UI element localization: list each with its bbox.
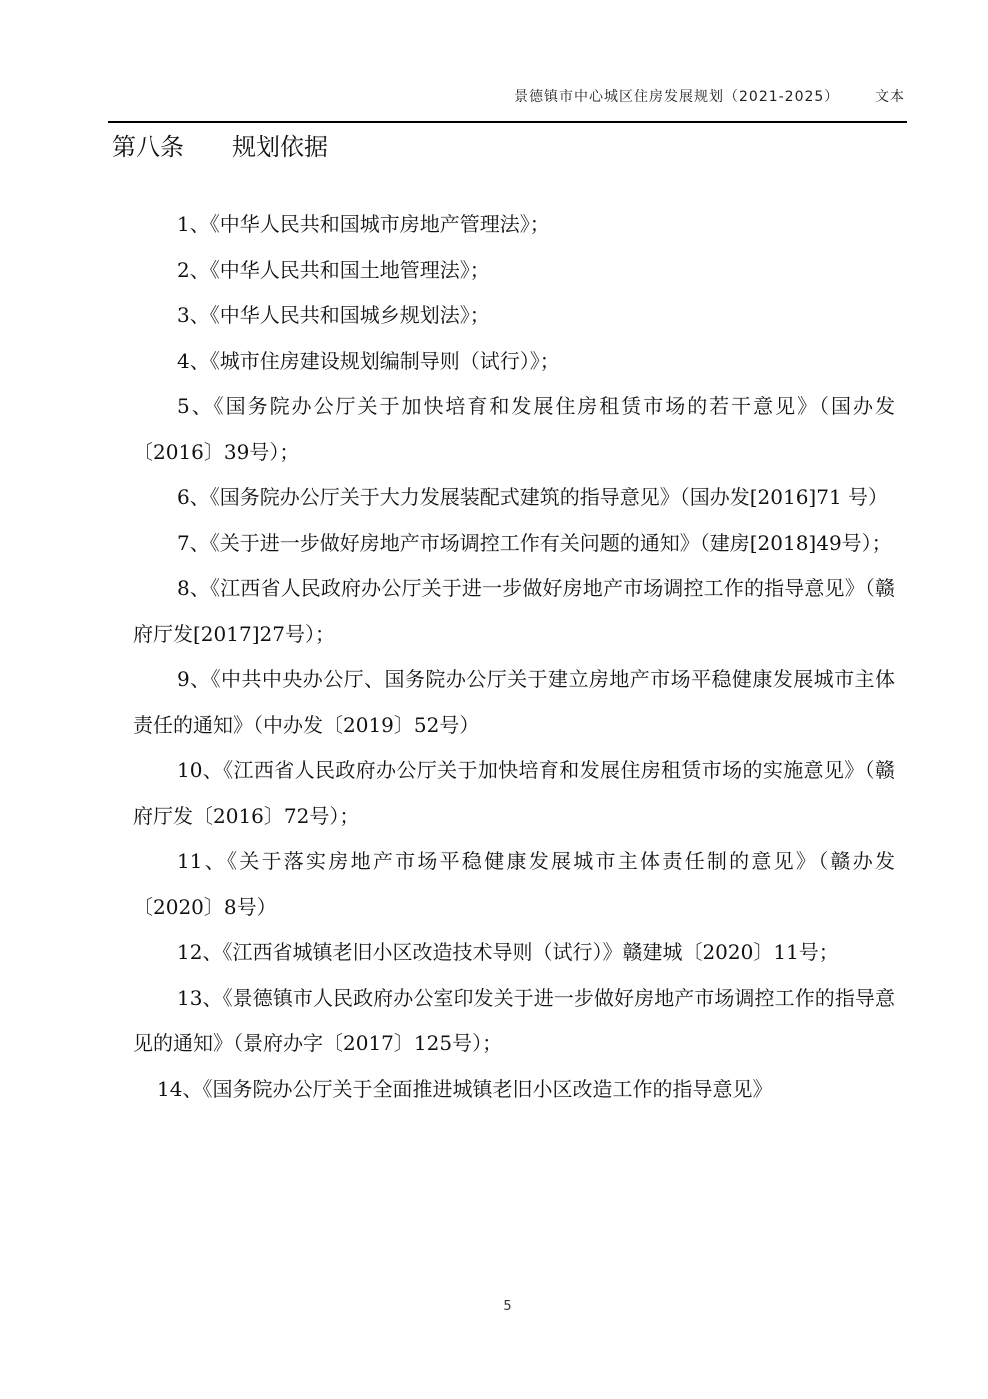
list-item: 9、《中共中央办公厅、国务院办公厅关于建立房地产市场平稳健康发展城市主体责任的通…: [133, 657, 895, 748]
list-item: 8、《江西省人民政府办公厅关于进一步做好房地产市场调控工作的指导意见》（赣府厅发…: [133, 566, 895, 657]
list-item: 2、《中华人民共和国土地管理法》；: [133, 248, 895, 294]
list-item: 13、《景德镇市人民政府办公室印发关于进一步做好房地产市场调控工作的指导意见的通…: [133, 976, 895, 1067]
document-title: 景德镇市中心城区住房发展规划（2021-2025）: [514, 86, 839, 106]
list-item: 3、《中华人民共和国城乡规划法》；: [133, 293, 895, 339]
list-item: 10、《江西省人民政府办公厅关于加快培育和发展住房租赁市场的实施意见》（赣府厅发…: [133, 748, 895, 839]
list-item: 4、《城市住房建设规划编制导则（试行）》；: [133, 339, 895, 385]
list-item: 14、《国务院办公厅关于全面推进城镇老旧小区改造工作的指导意见》: [133, 1067, 895, 1113]
section-number: 第八条: [112, 127, 232, 162]
list-item: 5、《国务院办公厅关于加快培育和发展住房租赁市场的若干意见》（国办发〔2016〕…: [133, 384, 895, 475]
page-number: 5: [0, 1299, 988, 1314]
list-item: 11、《关于落实房地产市场平稳健康发展城市主体责任制的意见》（赣办发〔2020〕…: [133, 839, 895, 930]
list-item: 1、《中华人民共和国城市房地产管理法》；: [133, 202, 895, 248]
document-type-tag: 文本: [875, 86, 905, 106]
list-item: 7、《关于进一步做好房地产市场调控工作有关问题的通知》（建房[2018]49号）…: [133, 521, 895, 567]
list-item: 6、《国务院办公厅关于大力发展装配式建筑的指导意见》（国办发[2016]71 号…: [133, 475, 895, 521]
list-item: 12、《江西省城镇老旧小区改造技术导则（试行）》赣建城〔2020〕11号；: [133, 930, 895, 976]
header-divider: [108, 121, 907, 123]
basis-list: 1、《中华人民共和国城市房地产管理法》； 2、《中华人民共和国土地管理法》； 3…: [133, 202, 895, 1112]
section-heading: 第八条规划依据: [112, 127, 328, 162]
section-title: 规划依据: [232, 133, 328, 161]
